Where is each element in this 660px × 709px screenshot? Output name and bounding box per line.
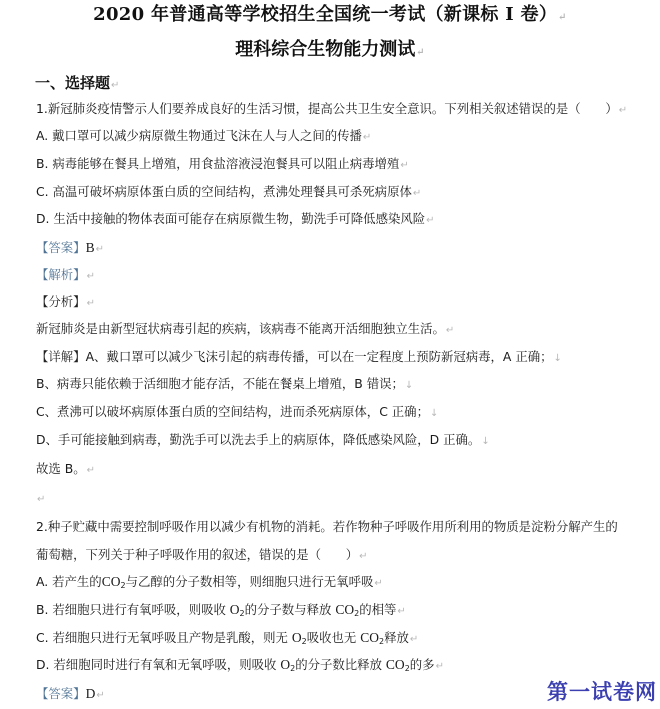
q2-option-c: C. 若细胞只进行无氧呼吸且产物是乳酸，则无 O2吸收也无 CO2释放↵ xyxy=(36,629,418,649)
q2-option-d: D. 若细胞同时进行有氧和无氧呼吸，则吸收 O2的分子数比释放 CO2的多↵ xyxy=(36,656,444,676)
q2-option-b: B. 若细胞只进行有氧呼吸，则吸收 O2的分子数与释放 CO2的相等↵ xyxy=(36,601,406,621)
empty-paragraph: ↵ xyxy=(36,489,45,509)
section-heading: 一、选择题↵ xyxy=(35,72,119,97)
q1-stem: 1.新冠肺炎疫情警示人们要养成良好的生活习惯，提高公共卫生安全意识。下列相关叙述… xyxy=(36,100,627,120)
answer-value: D xyxy=(86,686,96,701)
q2-option-a: A. 若产生的CO2与乙醇的分子数相等，则细胞只进行无氧呼吸↵ xyxy=(36,573,383,593)
q1-option-a: A. 戴口罩可以减少病原微生物通过飞沫在人与人之间的传播↵ xyxy=(36,127,371,147)
exam-subtitle: 理科综合生物能力测试↵ xyxy=(0,37,660,66)
q1-analysis-tag: 【解析】↵ xyxy=(36,266,95,286)
q1-answer: 【答案】B↵ xyxy=(36,239,104,259)
q1-option-c: C. 高温可破坏病原体蛋白质的空间结构，煮沸处理餐具可杀死病原体↵ xyxy=(36,183,421,203)
q1-fenxi-tag: 【分析】↵ xyxy=(36,293,95,313)
q1-fenxi-text: 新冠肺炎是由新型冠状病毒引起的疾病，该病毒不能离开活细胞独立生活。↵ xyxy=(36,320,454,340)
exam-title: 2020 年普通高等学校招生全国统一考试（新课标 I 卷）↵ xyxy=(0,2,660,31)
answer-value: B xyxy=(86,240,95,255)
q1-detail-c: C、煮沸可以破坏病原体蛋白质的空间结构，进而杀死病原体，C 正确；↓ xyxy=(36,403,438,423)
answer-tag: 【答案】 xyxy=(36,686,86,701)
q1-detail-b: B、病毒只能依赖于活细胞才能存活，不能在餐桌上增殖，B 错误；↓ xyxy=(36,375,413,395)
q1-option-d: D. 生活中接触的物体表面可能存在病原微生物，勤洗手可降低感染风险↵ xyxy=(36,210,435,230)
answer-tag: 【答案】 xyxy=(36,240,86,255)
q1-detail-a: 【详解】A、戴口罩可以减少飞沫引起的病毒传播，可以在一定程度上预防新冠病毒，A … xyxy=(36,348,562,368)
document-page: 2020 年普通高等学校招生全国统一考试（新课标 I 卷）↵ 理科综合生物能力测… xyxy=(0,0,660,709)
q2-stem-line2: 葡萄糖，下列关于种子呼吸作用的叙述，错误的是（ ）↵ xyxy=(36,546,368,566)
q2-stem-line1: 2.种子贮藏中需要控制呼吸作用以减少有机物的消耗。若作物种子呼吸作用所利用的物质… xyxy=(36,518,618,536)
q1-conclusion: 故选 B。↵ xyxy=(36,460,95,480)
q1-detail-d: D、手可能接触到病毒，勤洗手可以洗去手上的病原体，降低感染风险，D 正确。↓ xyxy=(36,431,490,451)
q2-answer: 【答案】D↵ xyxy=(36,685,105,705)
site-watermark: 第一试卷网 xyxy=(547,676,657,706)
q1-option-b: B. 病毒能够在餐具上增殖，用食盐溶液浸泡餐具可以阻止病毒增殖↵ xyxy=(36,155,409,175)
